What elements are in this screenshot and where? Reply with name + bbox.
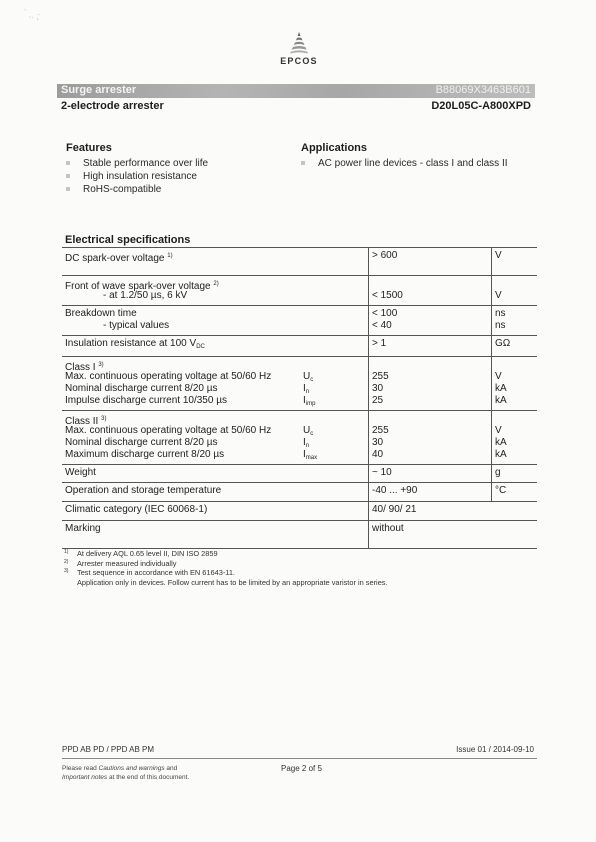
param-value: 40/ 90/ 21 [369, 502, 492, 521]
param-value: 255 [372, 371, 488, 383]
param-value: > 1 [369, 336, 492, 357]
param-label: DC spark-over voltage [65, 253, 164, 264]
table-row: Weight ~ 10 g [62, 465, 537, 483]
product-family-bar: Surge arrester B88069X3463B601 [57, 84, 535, 98]
applications-list: AC power line devices - class I and clas… [301, 157, 508, 170]
param-value: 40 [372, 449, 488, 461]
table-row: Marking without [62, 521, 537, 549]
param-value: < 1500 [372, 290, 488, 302]
type-designation: D20L05C-A800XPD [431, 100, 531, 112]
param-symbol: Iimp [303, 395, 315, 410]
table-row: Class II 3) Max. continuous operating vo… [62, 411, 537, 465]
param-unit: V [495, 371, 534, 383]
ordering-code: B88069X3463B601 [436, 84, 531, 96]
param-label: Weight [62, 465, 369, 483]
param-unit: ns [495, 320, 534, 332]
param-value: 30 [372, 437, 488, 449]
param-unit: °C [492, 483, 538, 502]
param-label: Insulation resistance at 100 V [65, 338, 196, 349]
scan-artifact: ` .. ; [21, 8, 63, 30]
table-row: Operation and storage temperature -40 ..… [62, 483, 537, 502]
bullet-icon [301, 161, 305, 165]
product-type: 2-electrode arrester [61, 100, 164, 112]
epcos-logo: EPCOS [271, 32, 327, 66]
param-label: Operation and storage temperature [62, 483, 369, 502]
product-type-bar: 2-electrode arrester D20L05C-A800XPD [57, 99, 535, 113]
table-row: Insulation resistance at 100 VDC > 1 GΩ [62, 336, 537, 357]
features-section: Features Stable performance over life Hi… [66, 142, 208, 196]
footer-issue: Issue 01 / 2014-09-10 [456, 745, 534, 754]
feature-item: High insulation resistance [66, 170, 208, 183]
electrical-specs-table: DC spark-over voltage 1) > 600 V Front o… [62, 247, 537, 549]
param-unit: kA [495, 383, 534, 395]
param-unit: V [495, 290, 534, 302]
footnotes: 1)At delivery AQL 0.65 level II, DIN ISO… [64, 549, 388, 587]
param-value: 30 [372, 383, 488, 395]
features-list: Stable performance over life High insula… [66, 157, 208, 196]
param-unit: V [495, 425, 534, 437]
param-sublabel: - at 1.2/50 µs, 6 kV [65, 290, 365, 302]
bullet-icon [66, 174, 70, 178]
table-row: DC spark-over voltage 1) > 600 V [62, 248, 537, 276]
param-value: 255 [372, 425, 488, 437]
table-row: Climatic category (IEC 60068-1) 40/ 90/ … [62, 502, 537, 521]
footnote: 2)Arrester measured individually [64, 559, 388, 569]
footer-department: PPD AB PD / PPD AB PM [62, 745, 154, 754]
product-family: Surge arrester [61, 84, 136, 96]
param-label: Climatic category (IEC 60068-1) [62, 502, 369, 521]
param-label: Marking [62, 521, 369, 549]
table-row: Front of wave spark-over voltage 2) - at… [62, 276, 537, 306]
footnote: Application only in devices. Follow curr… [64, 578, 388, 588]
bullet-icon [66, 161, 70, 165]
application-item: AC power line devices - class I and clas… [301, 157, 508, 170]
footnote: 1)At delivery AQL 0.65 level II, DIN ISO… [64, 549, 388, 559]
param-unit: kA [495, 437, 534, 449]
param-symbol: Imax [303, 449, 317, 464]
epcos-triangle-icon [286, 32, 312, 54]
param-unit: g [492, 465, 538, 483]
param-label: Breakdown time [65, 308, 365, 320]
param-unit: kA [495, 449, 534, 461]
param-value: > 600 [369, 248, 492, 276]
param-unit: ns [495, 308, 534, 320]
param-value: < 40 [372, 320, 488, 332]
footnote: 3)Test sequence in accordance with EN 61… [64, 568, 388, 578]
applications-section: Applications AC power line devices - cla… [301, 142, 508, 170]
table-row: Breakdown time - typical values < 100< 4… [62, 306, 537, 336]
param-value: -40 ... +90 [369, 483, 492, 502]
electrical-specs-title: Electrical specifications [65, 234, 190, 246]
footer-note: Please read Cautions and warnings and Im… [62, 764, 189, 782]
param-value: without [369, 521, 492, 549]
brand-name: EPCOS [271, 56, 327, 66]
param-value: ~ 10 [369, 465, 492, 483]
features-title: Features [66, 142, 208, 154]
feature-item: Stable performance over life [66, 157, 208, 170]
param-unit: GΩ [492, 336, 538, 357]
feature-item: RoHS-compatible [66, 183, 208, 196]
footer-divider [62, 758, 537, 759]
bullet-icon [66, 187, 70, 191]
param-unit: kA [495, 395, 534, 407]
param-sublabel: - typical values [65, 320, 365, 332]
param-unit: V [492, 248, 538, 276]
table-row: Class I 3) Max. continuous operating vol… [62, 357, 537, 411]
param-value: < 100 [372, 308, 488, 320]
param-value: 25 [372, 395, 488, 407]
applications-title: Applications [301, 142, 508, 154]
page-number: Page 2 of 5 [281, 764, 322, 773]
